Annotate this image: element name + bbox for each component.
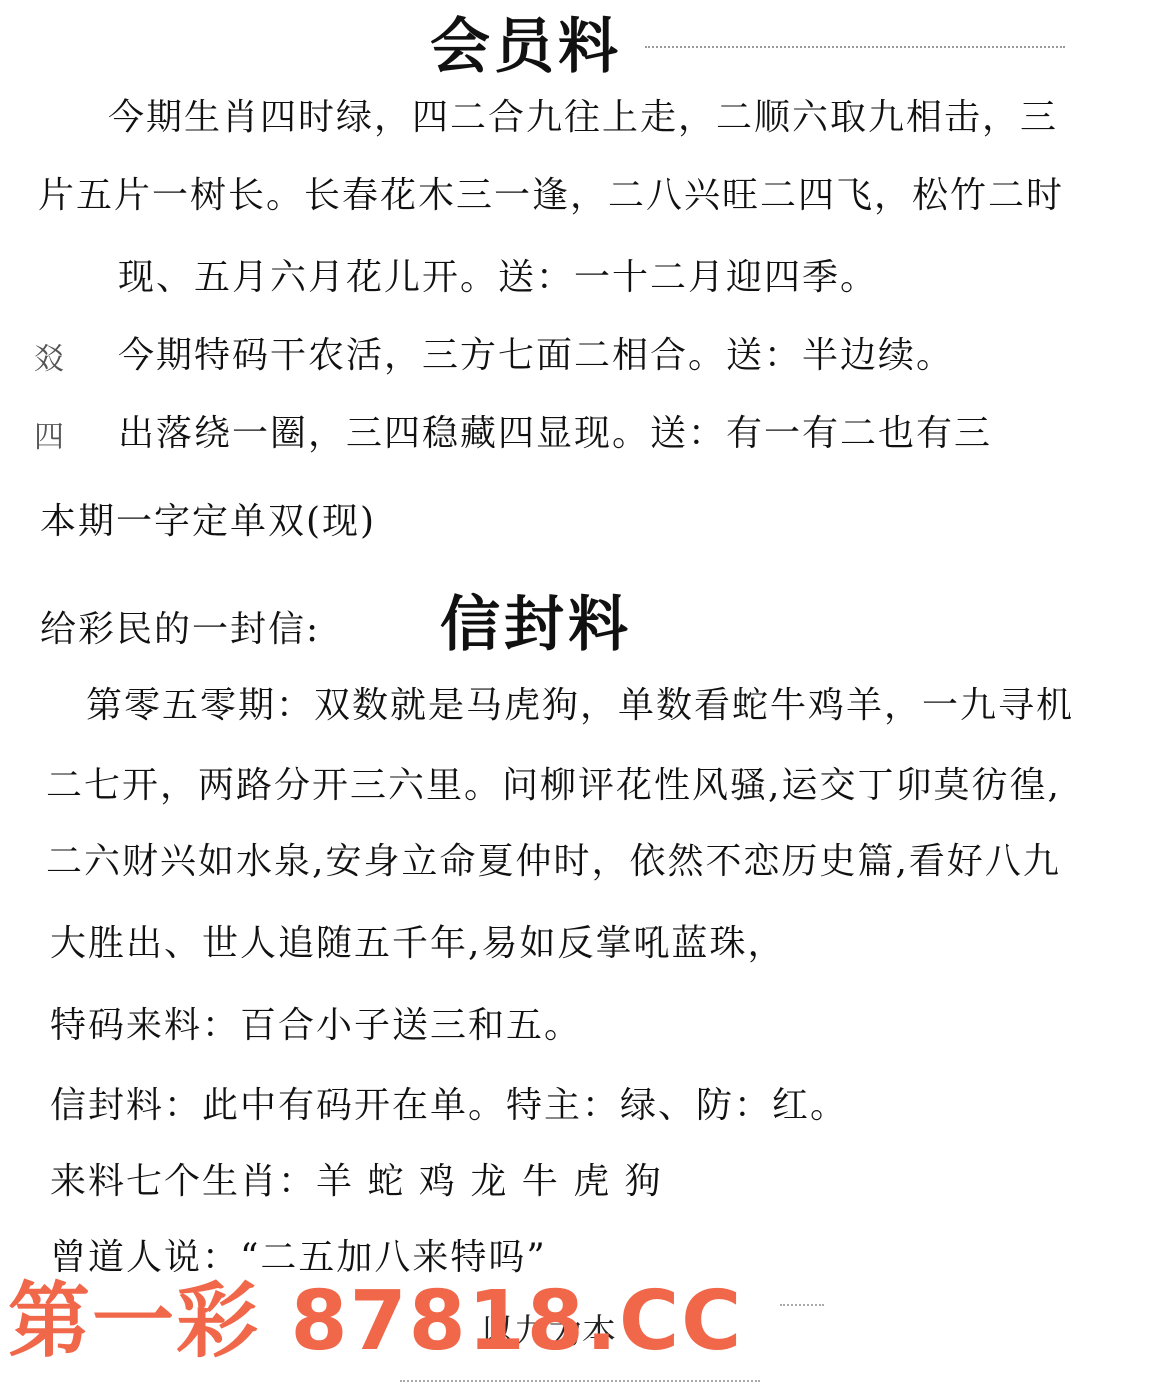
- section2-intro: 给彩民的一封信:: [40, 608, 320, 652]
- section1-line-6: 本期一字定单双(现): [40, 500, 376, 544]
- section2-line-3: 二六财兴如水泉,安身立命夏仲时，依然不恋历史篇,看好八九: [46, 840, 1061, 884]
- section2-line-6: 信封料：此中有码开在单。特主：绿、防：红。: [50, 1084, 848, 1128]
- section2-line-1: 第零五零期：双数就是马虎狗，单数看蛇牛鸡羊，一九寻机: [86, 684, 1074, 728]
- section2-line-7: 来料七个生肖：羊 蛇 鸡 龙 牛 虎 狗: [50, 1160, 663, 1204]
- section1-line-4: 今期特码干农活，三方七面二相合。送：半边续。: [118, 334, 954, 378]
- scan-artifact-dots: [645, 46, 1065, 51]
- section1-line-2: 片五片一树长。长春花木三一逢，二八兴旺二四飞，松竹二时: [38, 174, 1064, 218]
- section1-line-3: 现、五月六月花儿开。送：一十二月迎四季。: [118, 256, 878, 300]
- section2-line-5: 特码来料：百合小子送三和五。: [50, 1004, 582, 1048]
- section1-line-1: 今期生肖四时绿，四二合九往上走，二顺六取九相击，三: [108, 96, 1058, 140]
- left-fragment-2: 四: [34, 418, 64, 458]
- scan-artifact-bottom: [400, 1380, 760, 1384]
- section1-title: 会员料: [430, 12, 622, 82]
- section2-line-2: 二七开，两路分开三六里。问柳评花性风骚,运交丁卯莫彷徨,: [46, 764, 1061, 808]
- watermark: 第一彩 87818.CC: [8, 1272, 743, 1372]
- section2-line-4: 大胜出、世人追随五千年,易如反掌吼蓝珠，: [50, 922, 785, 966]
- section1-line-5: 出落绕一圈，三四稳藏四显现。送：有一有二也有三: [118, 412, 992, 456]
- scan-artifact-dash: [780, 1304, 824, 1308]
- section2-title: 信封料: [440, 590, 632, 660]
- left-fragment-1: 㸚: [34, 340, 64, 380]
